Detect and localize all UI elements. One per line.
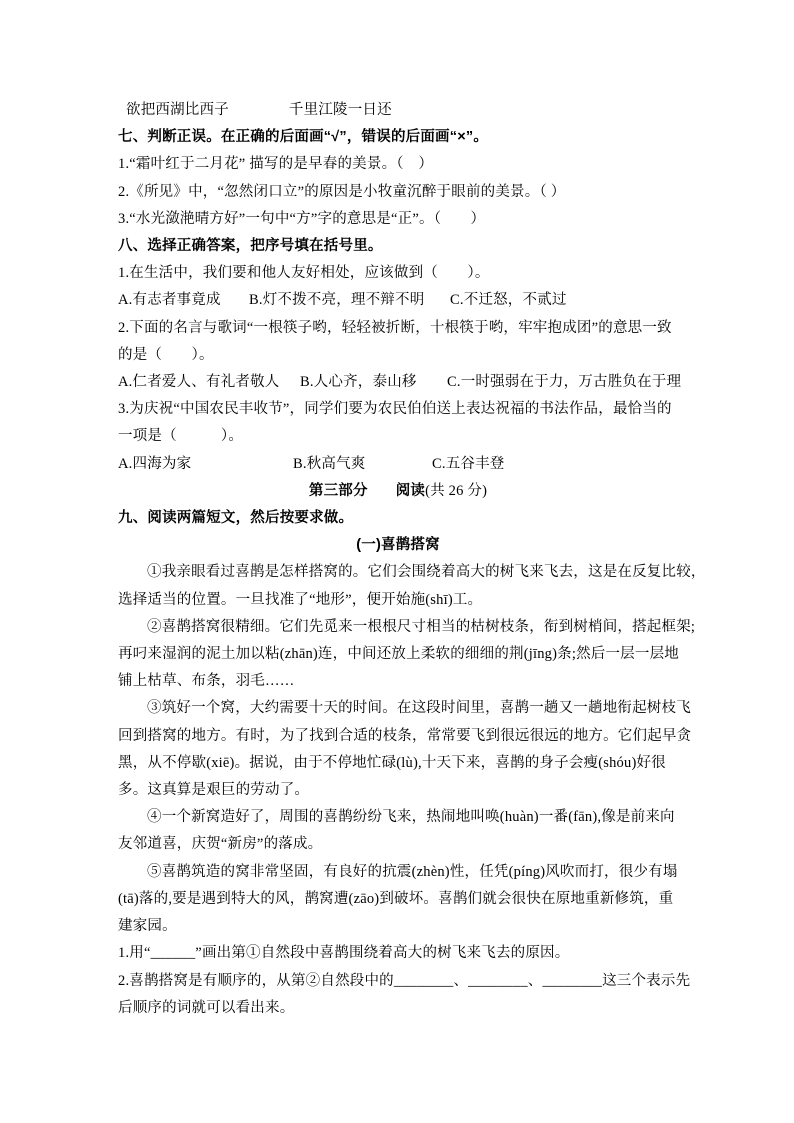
q8-q3-stem-line2: 一项是（ ）。 <box>118 423 678 450</box>
reading-1-title: (一)喜鹊搭窝 <box>118 532 678 559</box>
reading-question-2-line2: 后顺序的词就可以看出来。 <box>118 995 678 1022</box>
part-3-score-note: (共 26 分) <box>425 483 487 499</box>
q8-q1-stem: 1.在生活中，我们要和他人友好相处，应该做到（ ）。 <box>118 260 678 287</box>
q8-q2-option-b: B.人心齐，泰山移 <box>300 369 447 396</box>
q8-q3-option-a: A.四海为家 <box>118 451 293 478</box>
q7-item-2: 2.《所见》中，“忽然闭口立”的原因是小牧童沉醉于眼前的美景。（ ） <box>118 179 678 206</box>
q8-q1-options: A.有志者事竟成B.灯不拨不亮，理不辩不明C.不迁怒，不贰过 <box>118 287 678 314</box>
reading-para4-line1: ④一个新窝造好了，周围的喜鹊纷纷飞来，热闹地叫唤(huàn)一番(fān),像是… <box>118 804 678 831</box>
q8-q2-option-c: C.一时强弱在于力，万古胜负在于理 <box>447 369 681 396</box>
reading-para2-line2: 再叼来湿润的泥土加以粘(zhān)连，中间还放上柔软的细细的荆(jīng)条;然… <box>118 641 678 668</box>
q8-q3-options: A.四海为家B.秋高气爽C.五谷丰登 <box>118 451 678 478</box>
part-3-title: 阅读 <box>396 483 425 499</box>
part-3-label: 第三部分 <box>309 483 368 499</box>
q8-q2-stem-line2: 的是（ ）。 <box>118 342 678 369</box>
reading-para3-line2: 回到搭窝的地方。有时，为了找到合适的枝条，常常要飞到很远很远的地方。它们起早贪 <box>118 723 678 750</box>
section-8-heading: 八、选择正确答案，把序号填在括号里。 <box>118 233 678 260</box>
q8-q2-options: A.仁者爱人、有礼者敬人B.人心齐，泰山移C.一时强弱在于力，万古胜负在于理 <box>118 369 678 396</box>
reading-para1-line2: 选择适当的位置。一旦找准了“地形”，便开始施(shī)工。 <box>118 587 678 614</box>
verse-left: 欲把西湖比西子 <box>126 102 229 118</box>
reading-question-2-line1: 2.喜鹊搭窝是有顺序的，从第②自然段中的________、________、__… <box>118 968 678 995</box>
q8-q1-option-a: A.有志者事竟成 <box>118 287 249 314</box>
reading-para5-line2: (tā)落的,要是遇到特大的风，鹊窝遭(zāo)到破坏。喜鹊们就会很快在原地重新… <box>118 886 678 913</box>
section-9-heading: 九、阅读两篇短文，然后按要求做。 <box>118 505 678 532</box>
q8-q2-stem-line1: 2.下面的名言与歌词“一根筷子哟，轻轻被折断，十根筷于哟，牢牢抱成团”的意思一致 <box>118 315 678 342</box>
reading-para4-line2: 友邻道喜，庆贺“新房”的落成。 <box>118 831 678 858</box>
reading-para2-line1: ②喜鹊搭窝很精细。它们先觅来一根根尺寸相当的枯树枝条，衔到树梢间，搭起框架; <box>118 614 678 641</box>
reading-para3-line4: 多。这真算是艰巨的劳动了。 <box>118 777 678 804</box>
document-page: 欲把西湖比西子千里江陵一日还 七、判断正误。在正确的后面画“√”，错误的后面画“… <box>0 0 794 1123</box>
part-3-title-line: 第三部分阅读(共 26 分) <box>118 478 678 505</box>
section-7-heading: 七、判断正误。在正确的后面画“√”，错误的后面画“×”。 <box>118 124 678 151</box>
q8-q1-option-b: B.灯不拨不亮，理不辩不明 <box>249 287 450 314</box>
verse-line: 欲把西湖比西子千里江陵一日还 <box>118 97 678 124</box>
page-content: 欲把西湖比西子千里江陵一日还 七、判断正误。在正确的后面画“√”，错误的后面画“… <box>118 97 678 1022</box>
q7-item-1: 1.“霜叶红于二月花” 描写的是早春的美景。（ ） <box>118 151 678 178</box>
q7-item-3: 3.“水光潋滟晴方好”一句中“方”字的意思是“正”。（ ） <box>118 206 678 233</box>
reading-para5-line3: 建家园。 <box>118 913 678 940</box>
q8-q3-option-b: B.秋高气爽 <box>293 451 432 478</box>
reading-para3-line1: ③筑好一个窝，大约需要十天的时间。在这段时间里，喜鹊一趟又一趟地衔起树枝飞 <box>118 695 678 722</box>
reading-para3-line3: 黑，从不停歇(xiē)。据说，由于不停地忙碌(lù),十天下来，喜鹊的身子会瘦(… <box>118 750 678 777</box>
reading-para1-line1: ①我亲眼看过喜鹊是怎样搭窝的。它们会围绕着高大的树飞来飞去，这是在反复比较， <box>118 559 678 586</box>
q8-q1-option-c: C.不迁怒，不贰过 <box>450 287 567 314</box>
q8-q3-stem-line1: 3.为庆祝“中国农民丰收节”，同学们要为农民伯伯送上表达祝福的书法作品，最恰当的 <box>118 396 678 423</box>
q8-q2-option-a: A.仁者爱人、有礼者敬人 <box>118 369 300 396</box>
reading-para2-line3: 铺上枯草、布条，羽毛…… <box>118 668 678 695</box>
reading-para5-line1: ⑤喜鹊筑造的窝非常坚固，有良好的抗震(zhèn)性，任凭(píng)风吹而打，很… <box>118 859 678 886</box>
verse-right: 千里江陵一日还 <box>289 102 392 118</box>
q8-q3-option-c: C.五谷丰登 <box>432 451 505 478</box>
reading-question-1: 1.用“______”画出第①自然段中喜鹊围绕着高大的树飞来飞去的原因。 <box>118 940 678 967</box>
